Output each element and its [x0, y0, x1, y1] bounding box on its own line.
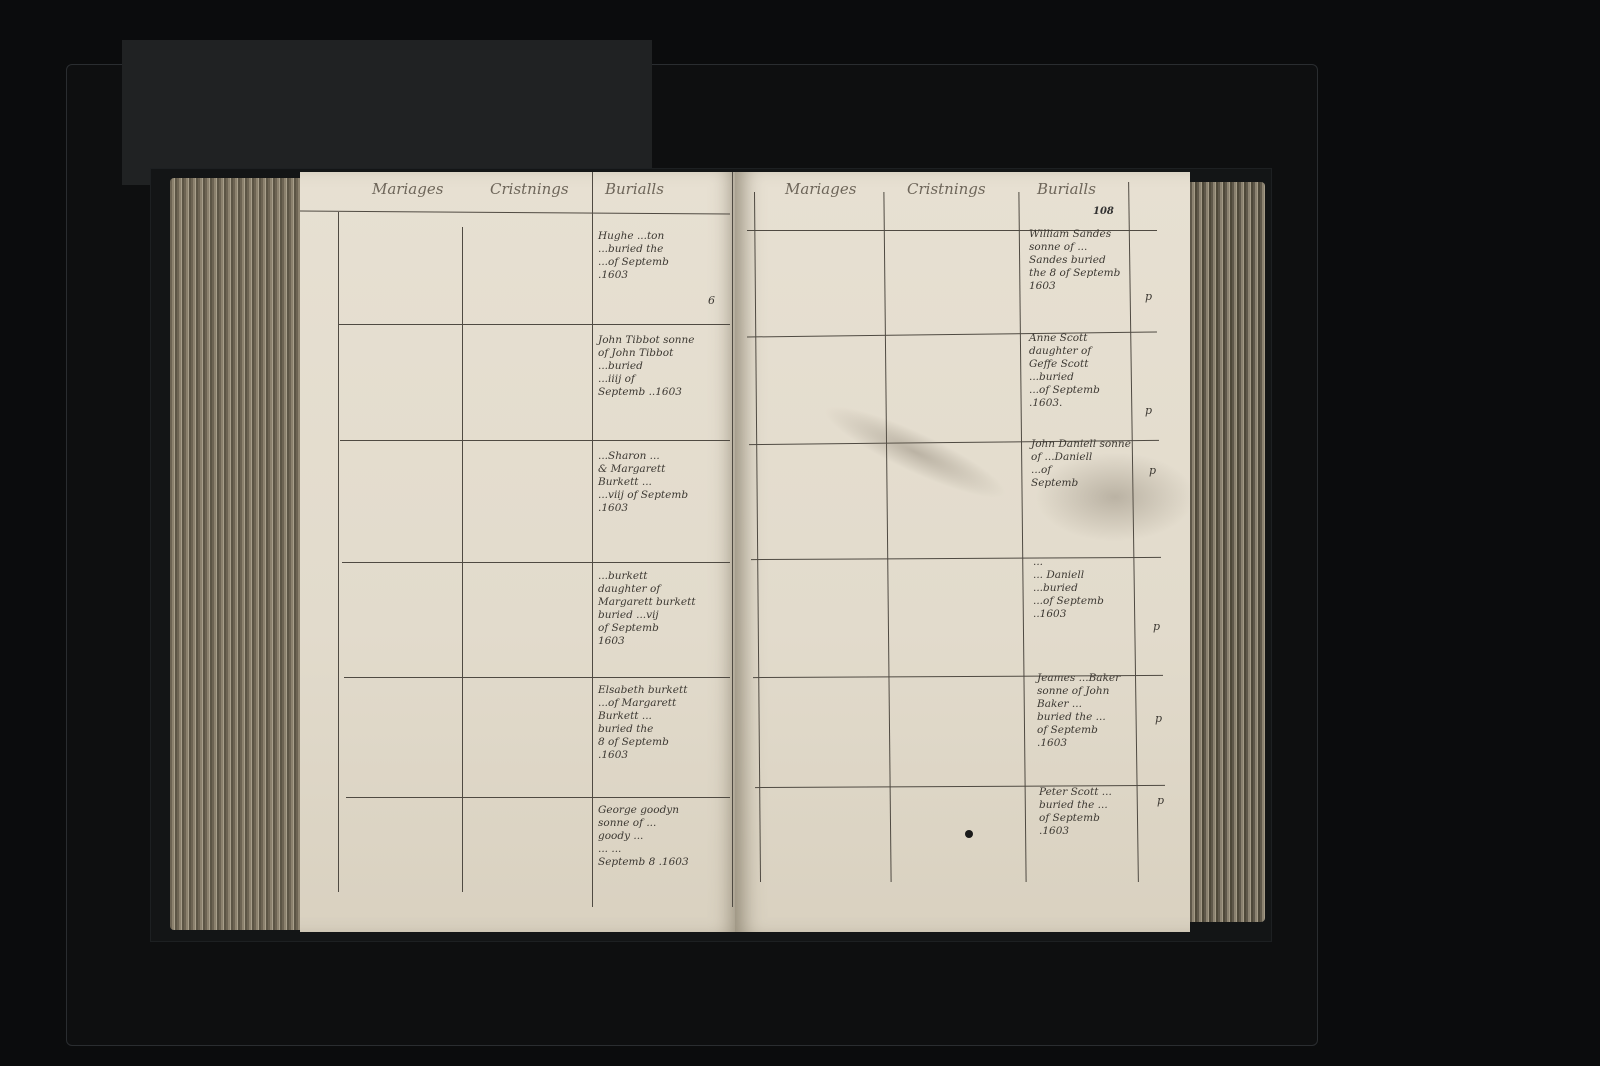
header-burialls: Burialls: [605, 180, 664, 198]
left-header-row: Mariages Cristnings Burialls: [300, 172, 740, 212]
column-line: [883, 192, 891, 882]
water-stain: [816, 392, 1014, 513]
margin-mark: p: [1157, 794, 1164, 807]
column-line: [732, 172, 733, 907]
page-number: 108: [1093, 206, 1114, 217]
right-page: Mariages Cristnings Burialls 108 William…: [735, 172, 1190, 932]
margin-mark: p: [1153, 620, 1160, 633]
margin-mark: p: [1155, 712, 1162, 725]
column-line: [1018, 192, 1026, 882]
burial-entry: Elsabeth burkett ...of Margarett Burkett…: [598, 684, 687, 762]
rule-line: [340, 440, 730, 441]
header-cristnings: Cristnings: [490, 180, 569, 198]
margin-mark: p: [1149, 464, 1156, 477]
rule-line: [338, 324, 730, 325]
burial-entry: ...Sharon ... & Margarett Burkett ... ..…: [598, 450, 688, 515]
burial-entry: ...burkett daughter of Margarett burkett…: [598, 570, 696, 648]
column-line: [592, 172, 593, 907]
header-burialls: Burialls: [1037, 180, 1096, 198]
burial-entry: Jeames ...Baker sonne of John Baker ... …: [1037, 672, 1120, 750]
burial-entry: John Tibbot sonne of John Tibbot ...buri…: [598, 334, 695, 399]
margin-mark: p: [1145, 290, 1152, 303]
burial-entry: ... ... Daniell ...buried ...of Septemb …: [1033, 556, 1104, 621]
burial-entry: William Sandes sonne of ... Sandes burie…: [1029, 228, 1120, 293]
burial-entry: John Daniell sonne of ...Daniell ...of S…: [1031, 438, 1131, 490]
burial-entry: Anne Scott daughter of Geffe Scott ...bu…: [1029, 332, 1100, 410]
header-mariages: Mariages: [372, 180, 443, 198]
rule-line: [344, 677, 730, 678]
open-register-book: Mariages Cristnings Burialls Hughe ...to…: [170, 172, 1265, 936]
header-cristnings: Cristnings: [907, 180, 986, 198]
ink-blot: [965, 830, 973, 838]
burial-entry: Hughe ...ton ...buried the ...of Septemb…: [598, 230, 669, 282]
left-page: Mariages Cristnings Burialls Hughe ...to…: [300, 172, 740, 932]
burial-entry: George goodyn sonne of ... goody ... ...…: [598, 804, 689, 869]
page-edges-right: [1190, 182, 1265, 922]
backing-board: [122, 40, 652, 185]
burial-entry: Peter Scott ... buried the ... of Septem…: [1039, 786, 1112, 838]
column-line: [462, 227, 463, 892]
right-header-row: Mariages Cristnings Burialls: [735, 172, 1190, 212]
column-line: [338, 212, 339, 892]
margin-mark: p: [1145, 404, 1152, 417]
column-line: [754, 192, 761, 882]
header-mariages: Mariages: [785, 180, 856, 198]
corner-mark: 6: [708, 294, 715, 307]
page-edges-left: [170, 178, 302, 930]
rule-line: [346, 797, 730, 798]
rule-line: [342, 562, 730, 563]
